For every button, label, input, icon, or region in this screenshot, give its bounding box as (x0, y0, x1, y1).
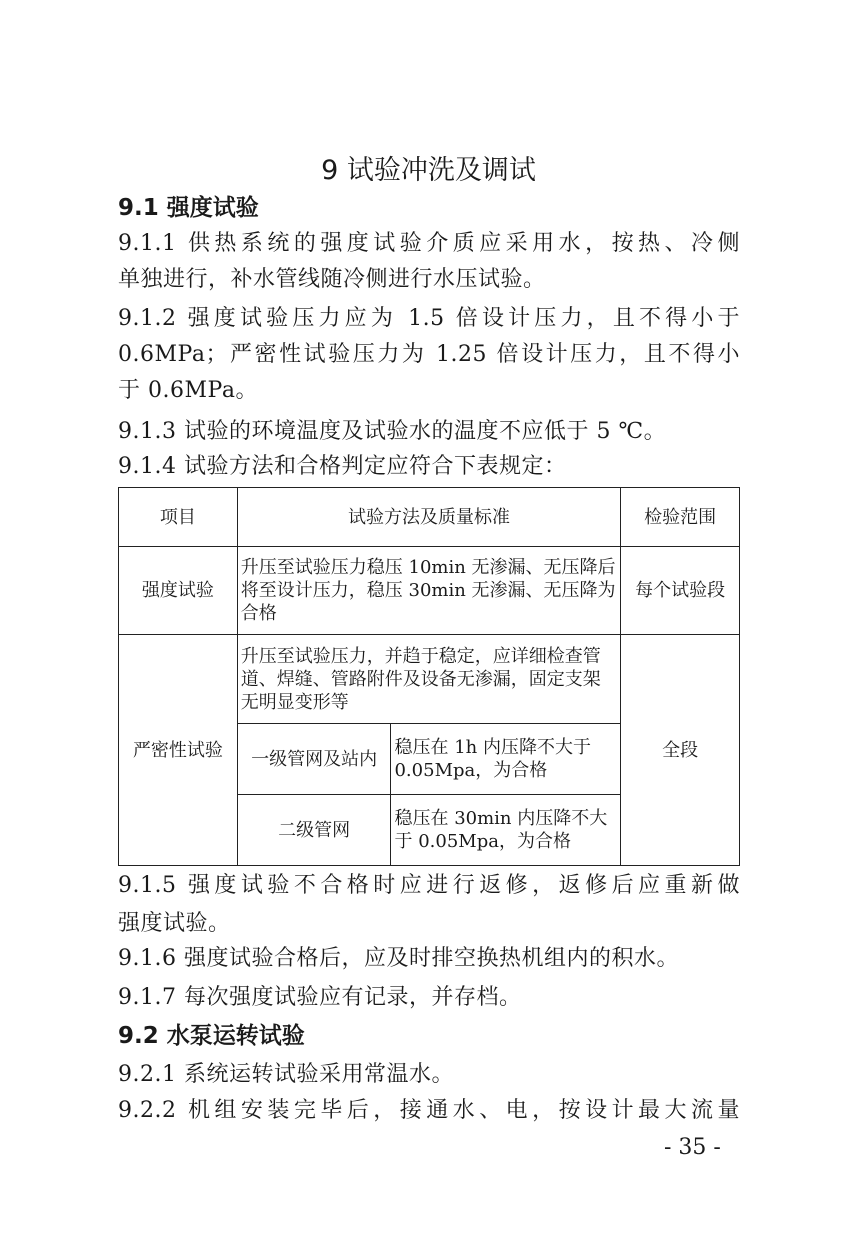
paragraph-9-2-1: 9.2.1 系统运转试验采用常温水。 (118, 1061, 454, 1089)
paragraph-9-1-2-line1: 9.1.2 强度试验压力应为 1.5 倍设计压力，且不得小于 (118, 305, 740, 333)
cell-scope-tightness: 全段 (621, 635, 740, 866)
section-heading-9-2: 9.2 水泵运转试验 (118, 1021, 305, 1051)
paragraph-9-1-3: 9.1.3 试验的环境温度及试验水的温度不应低于 5 ℃。 (118, 418, 666, 446)
paragraph-9-1-6: 9.1.6 强度试验合格后，应及时排空换热机组内的积水。 (118, 945, 679, 973)
cell-item-strength: 强度试验 (119, 547, 238, 635)
chapter-title: 9 试验冲洗及调试 (0, 154, 857, 188)
header-method: 试验方法及质量标准 (237, 488, 620, 547)
paragraph-9-1-7: 9.1.7 每次强度试验应有记录，并存档。 (118, 984, 521, 1012)
paragraph-9-1-1-line2: 单独进行，补水管线随冷侧进行水压试验。 (118, 266, 546, 294)
paragraph-9-1-5-line2: 强度试验。 (118, 910, 231, 938)
cell-network-secondary: 二级管网 (237, 795, 391, 866)
page-number: - 35 - (664, 1134, 721, 1162)
table-row: 强度试验 升压至试验压力稳压 10min 无渗漏、无压降后将至设计压力，稳压 3… (119, 547, 740, 635)
test-method-table: 项目 试验方法及质量标准 检验范围 强度试验 升压至试验压力稳压 10min 无… (118, 487, 740, 866)
cell-criterion-primary: 稳压在 1h 内压降不大于 0.05Mpa，为合格 (391, 724, 621, 795)
cell-criterion-secondary: 稳压在 30min 内压降不大于 0.05Mpa，为合格 (391, 795, 621, 866)
cell-scope-strength: 每个试验段 (621, 547, 740, 635)
paragraph-9-1-1-line1: 9.1.1 供热系统的强度试验介质应采用水，按热、冷侧 (118, 230, 740, 258)
cell-method-tightness: 升压至试验压力，并趋于稳定，应详细检查管道、焊缝、管路附件及设备无渗漏，固定支架… (237, 635, 620, 724)
header-scope: 检验范围 (621, 488, 740, 547)
cell-network-primary: 一级管网及站内 (237, 724, 391, 795)
paragraph-9-1-5-line1: 9.1.5 强度试验不合格时应进行返修，返修后应重新做 (118, 872, 740, 900)
paragraph-9-1-2-line3: 于 0.6MPa。 (118, 377, 258, 405)
cell-method-strength: 升压至试验压力稳压 10min 无渗漏、无压降后将至设计压力，稳压 30min … (237, 547, 620, 635)
cell-item-tightness: 严密性试验 (119, 635, 238, 866)
section-heading-9-1: 9.1 强度试验 (118, 193, 259, 223)
table-header-row: 项目 试验方法及质量标准 检验范围 (119, 488, 740, 547)
paragraph-9-1-4: 9.1.4 试验方法和合格判定应符合下表规定： (118, 453, 566, 481)
paragraph-9-2-2: 9.2.2 机组安装完毕后，接通水、电，按设计最大流量 (118, 1097, 740, 1125)
header-item: 项目 (119, 488, 238, 547)
table-row: 严密性试验 升压至试验压力，并趋于稳定，应详细检查管道、焊缝、管路附件及设备无渗… (119, 635, 740, 724)
paragraph-9-1-2-line2: 0.6MPa；严密性试验压力为 1.25 倍设计压力，且不得小 (118, 341, 740, 369)
